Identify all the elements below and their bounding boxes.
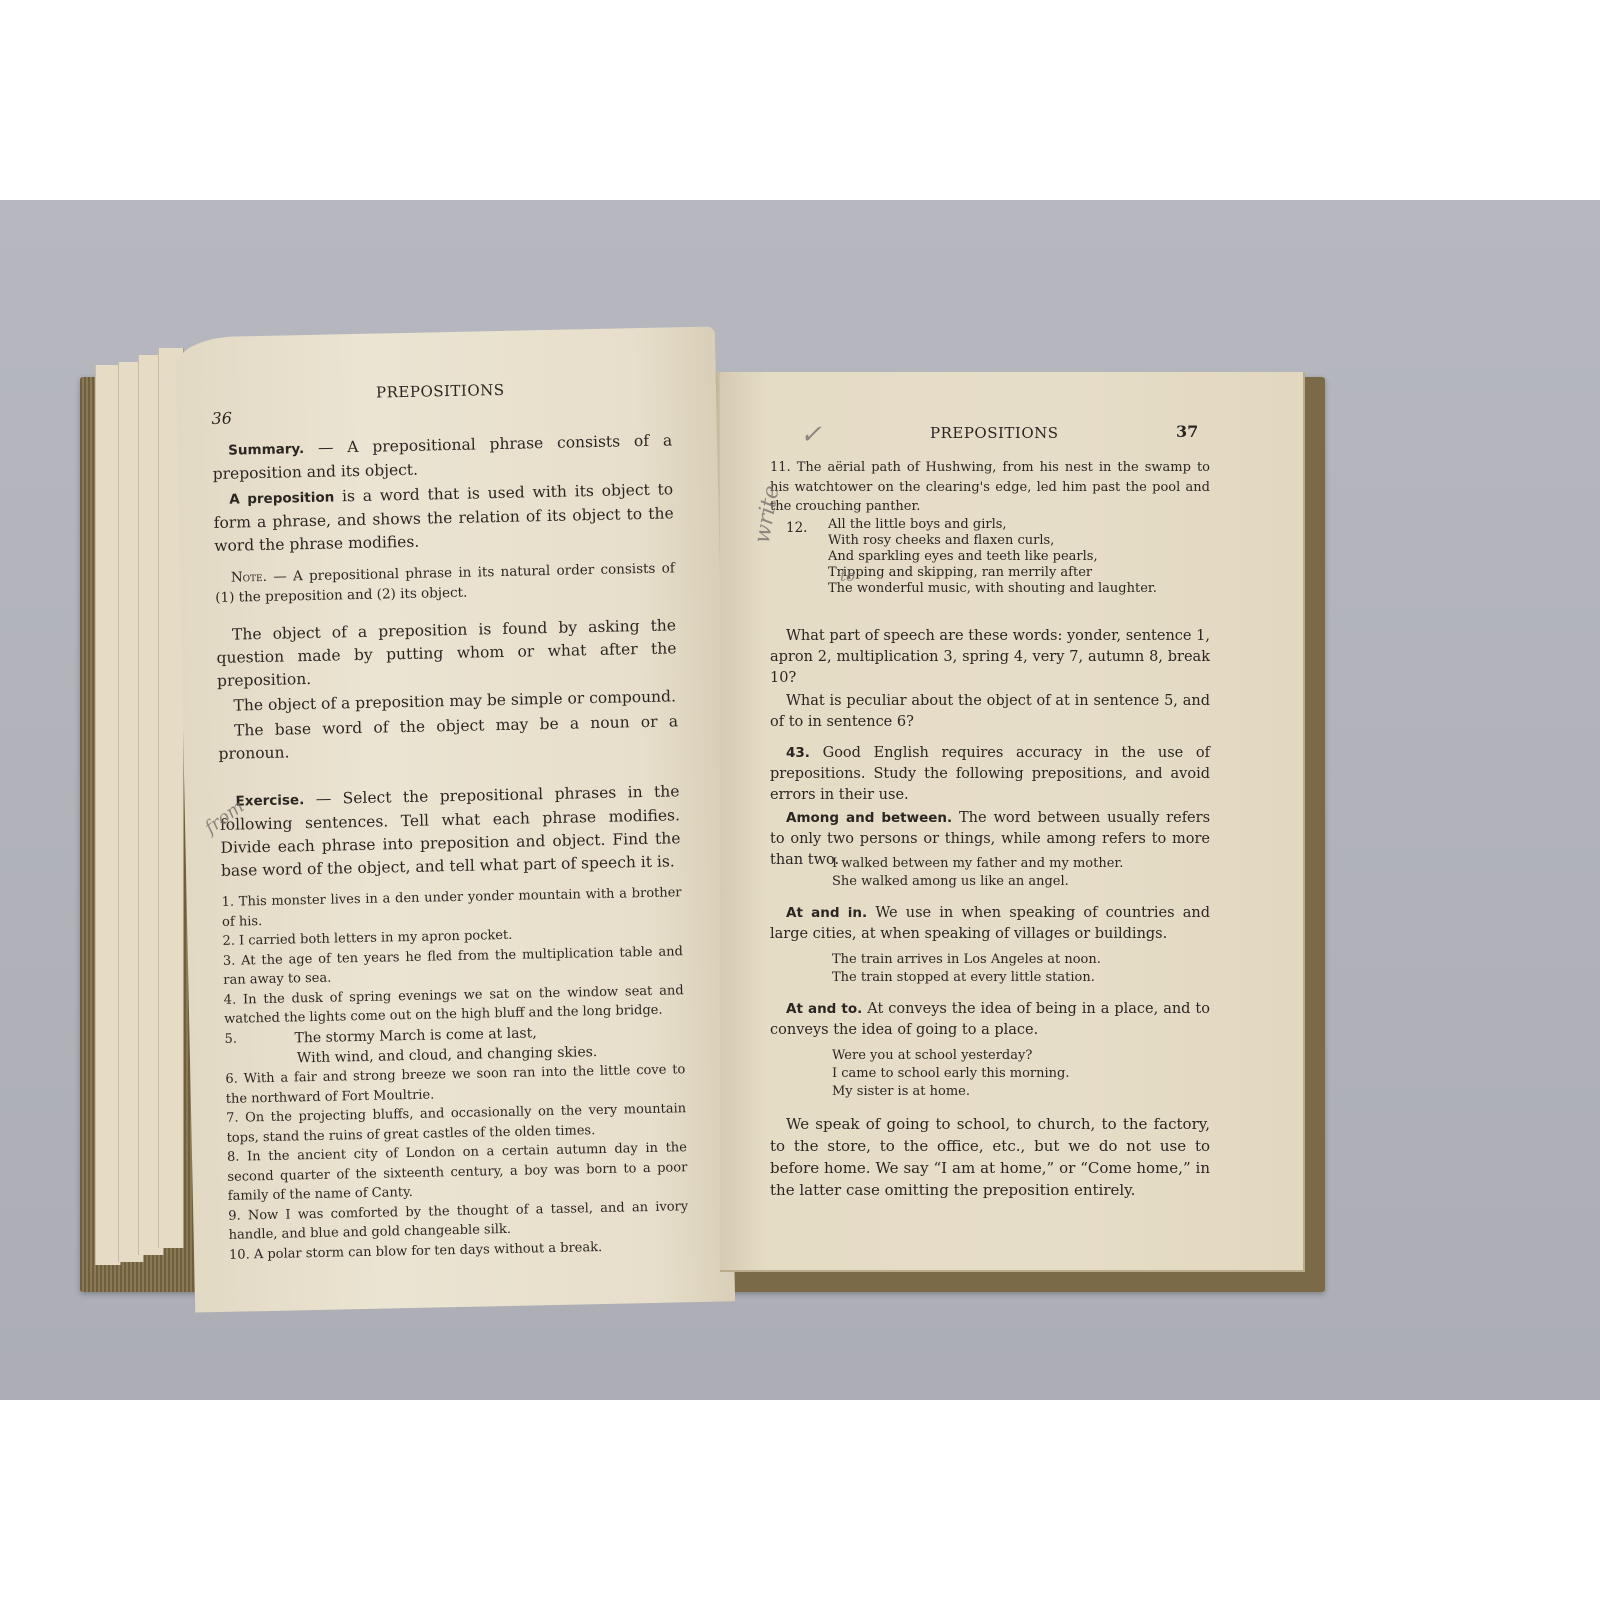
question-paragraph: What is peculiar about the object of at … xyxy=(770,691,1210,733)
left-page-body: Summary. — A prepositional phrase consis… xyxy=(212,429,689,1264)
right-page-body: 11. The aërial path of Hushwing, from hi… xyxy=(770,458,1210,1203)
exercise-sentence: 11. The aërial path of Hushwing, from hi… xyxy=(770,458,1210,517)
verse-12: All the little boys and girls, With rosy… xyxy=(828,517,1157,597)
note-paragraph: Note. — A prepositional phrase in its na… xyxy=(215,558,676,608)
exercise-sentence: 8. In the ancient city of London on a ce… xyxy=(227,1138,688,1206)
right-page: PREPOSITIONS 37 11. The aërial path of H… xyxy=(720,372,1305,1272)
object-rule: The object of a preposition is found by … xyxy=(216,614,677,693)
section-43: 43. Good English requires accuracy in th… xyxy=(770,743,1210,806)
at-to-paragraph: At and to. At conveys the idea of being … xyxy=(770,999,1210,1041)
running-head: PREPOSITIONS xyxy=(376,381,505,402)
at-to-examples: Were you at school yesterday? I came to … xyxy=(770,1047,1210,1101)
summary-paragraph: Summary. — A prepositional phrase consis… xyxy=(212,429,673,486)
verse-5: The stormy March is come at last, With w… xyxy=(294,1022,597,1068)
object-rule: The base word of the object may be a nou… xyxy=(218,710,679,766)
running-head: PREPOSITIONS xyxy=(930,424,1059,442)
closing-paragraph: We speak of going to school, to church, … xyxy=(770,1113,1210,1201)
page-number: 37 xyxy=(1176,422,1198,441)
page-number: 36 xyxy=(211,409,232,428)
exercise-paragraph: Exercise. — Select the prepositional phr… xyxy=(219,780,681,883)
left-page: PREPOSITIONS 36 Summary. — A preposition… xyxy=(175,326,735,1312)
definition-paragraph: A preposition is a word that is used wit… xyxy=(213,478,674,558)
at-in-paragraph: At and in. We use in when speaking of co… xyxy=(770,903,1210,945)
question-paragraph: What part of speech are these words: yon… xyxy=(770,626,1210,689)
at-in-examples: The train arrives in Los Angeles at noon… xyxy=(770,951,1210,987)
exercise-sentence-12: 12. All the little boys and girls, With … xyxy=(770,517,1210,614)
among-between-examples: I walked between my father and my mother… xyxy=(770,855,1210,891)
checkmark-annotation: ✓ xyxy=(800,420,822,450)
